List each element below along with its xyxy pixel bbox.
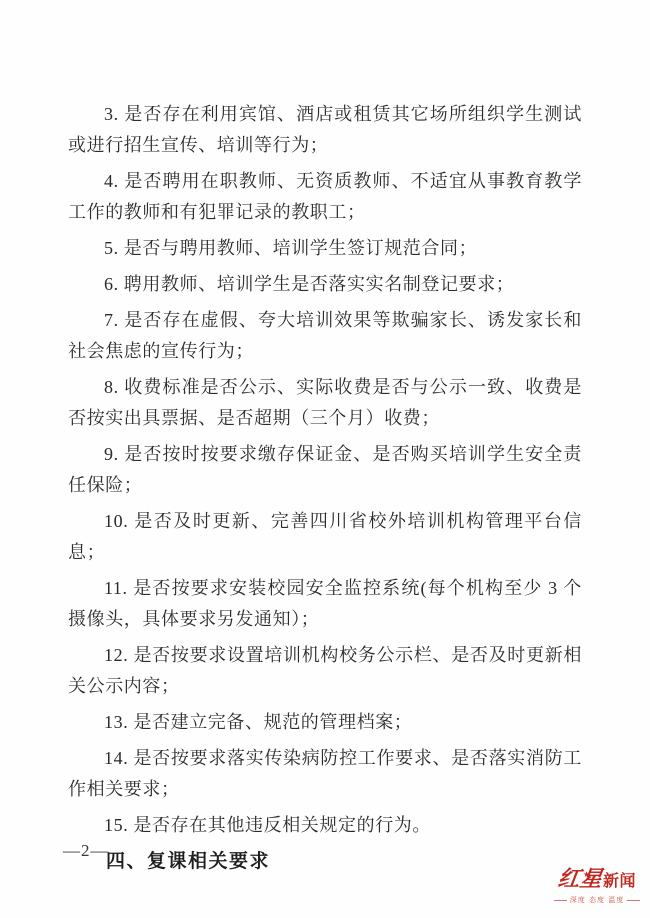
section-heading: 四、复课相关要求 bbox=[68, 846, 582, 877]
logo-text-xinwen: 新闻 bbox=[603, 868, 636, 894]
list-item-5: 5. 是否与聘用教师、培训学生签订规范合同； bbox=[68, 233, 582, 264]
logo-text-hongxing: 红星 bbox=[556, 866, 604, 892]
document-body: 3. 是否存在利用宾馆、酒店或租赁其它场所组织学生测试或进行招生宣传、培训等行为… bbox=[68, 99, 582, 877]
list-item-9: 9. 是否按时按要求缴存保证金、是否购买培训学生安全责任保险； bbox=[68, 439, 582, 501]
star-icon: ★ bbox=[583, 862, 590, 888]
list-item-12: 12. 是否按要求设置培训机构校务公示栏、是否及时更新相关公示内容； bbox=[68, 640, 582, 702]
redstar-news-logo: 红星 ★ 新闻 深度 态度 温度 bbox=[547, 866, 647, 905]
list-item-8: 8. 收费标准是否公示、实际收费是否与公示一致、收费是否按实出具票据、是否超期（… bbox=[68, 372, 582, 434]
list-item-4: 4. 是否聘用在职教师、无资质教师、不适宜从事教育教学工作的教师和有犯罪记录的教… bbox=[68, 166, 582, 228]
logo-tagline: 深度 态度 温度 bbox=[547, 895, 647, 905]
document-page: 3. 是否存在利用宾馆、酒店或租赁其它场所组织学生测试或进行招生宣传、培训等行为… bbox=[0, 0, 650, 918]
list-item-3: 3. 是否存在利用宾馆、酒店或租赁其它场所组织学生测试或进行招生宣传、培训等行为… bbox=[68, 99, 582, 161]
logo-brand-row: 红星 ★ 新闻 bbox=[547, 866, 647, 894]
list-item-10: 10. 是否及时更新、完善四川省校外培训机构管理平台信息； bbox=[68, 506, 582, 568]
page-number: —2— bbox=[63, 841, 109, 861]
list-item-15: 15. 是否存在其他违反相关规定的行为。 bbox=[68, 810, 582, 841]
list-item-14: 14. 是否按要求落实传染病防控工作要求、是否落实消防工作相关要求； bbox=[68, 743, 582, 805]
list-item-13: 13. 是否建立完备、规范的管理档案； bbox=[68, 707, 582, 738]
list-item-6: 6. 聘用教师、培训学生是否落实实名制登记要求； bbox=[68, 269, 582, 300]
list-item-11: 11. 是否按要求安装校园安全监控系统(每个机构至少 3 个摄像头，具体要求另发… bbox=[68, 573, 582, 635]
list-item-7: 7. 是否存在虚假、夸大培训效果等欺骗家长、诱发家长和社会焦虑的宣传行为； bbox=[68, 305, 582, 367]
